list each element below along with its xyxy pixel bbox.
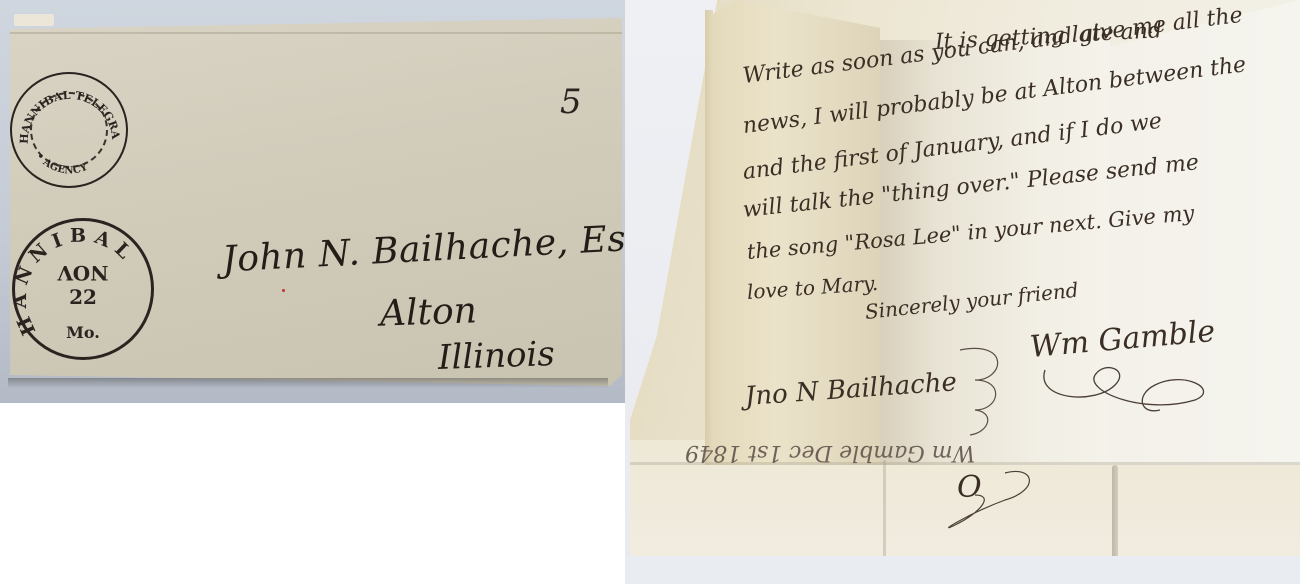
postmark-month: NOV: [15, 261, 151, 285]
postmark-day: 22: [15, 285, 151, 309]
letter-photo: It is getting late and Write as soon as …: [625, 0, 1300, 584]
hannibal-postmark: HANNIBAL NOV 22 Mo.: [12, 218, 154, 360]
telegraph-handstamp: HANNIBAL TELEGRAPH • AGENCY: [10, 72, 128, 188]
envelope-torn-corner: [14, 14, 54, 26]
svg-text:• AGENCY: • AGENCY: [34, 151, 90, 177]
envelope-photo: HANNIBAL TELEGRAPH • AGENCY HANNIBAL NOV…: [0, 0, 625, 403]
table-surface: [625, 556, 1300, 584]
telegraph-stamp-text: HANNIBAL TELEGRAPH: [12, 74, 122, 144]
address-state: Illinois: [437, 334, 555, 378]
upside-down-docket: Wm Gamble Dec 1st 1849: [685, 440, 975, 465]
postmark-state: Mo.: [15, 323, 151, 342]
docket-flourish-icon: [950, 340, 1020, 450]
telegraph-stamp-bottom-text: • AGENCY: [34, 151, 90, 177]
address-city: Alton: [379, 290, 477, 334]
envelope-shadow: [8, 378, 608, 388]
envelope-flap-fold: [10, 32, 622, 34]
endorsement-flourish-icon: [925, 465, 1045, 535]
postage-rate-mark: 5: [560, 82, 582, 122]
signature-flourish-icon: [1035, 330, 1215, 420]
vertical-fold-line: [883, 460, 886, 570]
telegraph-arc-text-icon: HANNIBAL TELEGRAPH • AGENCY: [12, 74, 126, 186]
ink-spot: [282, 289, 285, 292]
letter-page-edge: [705, 10, 713, 465]
svg-text:HANNIBAL TELEGRAPH: HANNIBAL TELEGRAPH: [12, 74, 122, 144]
